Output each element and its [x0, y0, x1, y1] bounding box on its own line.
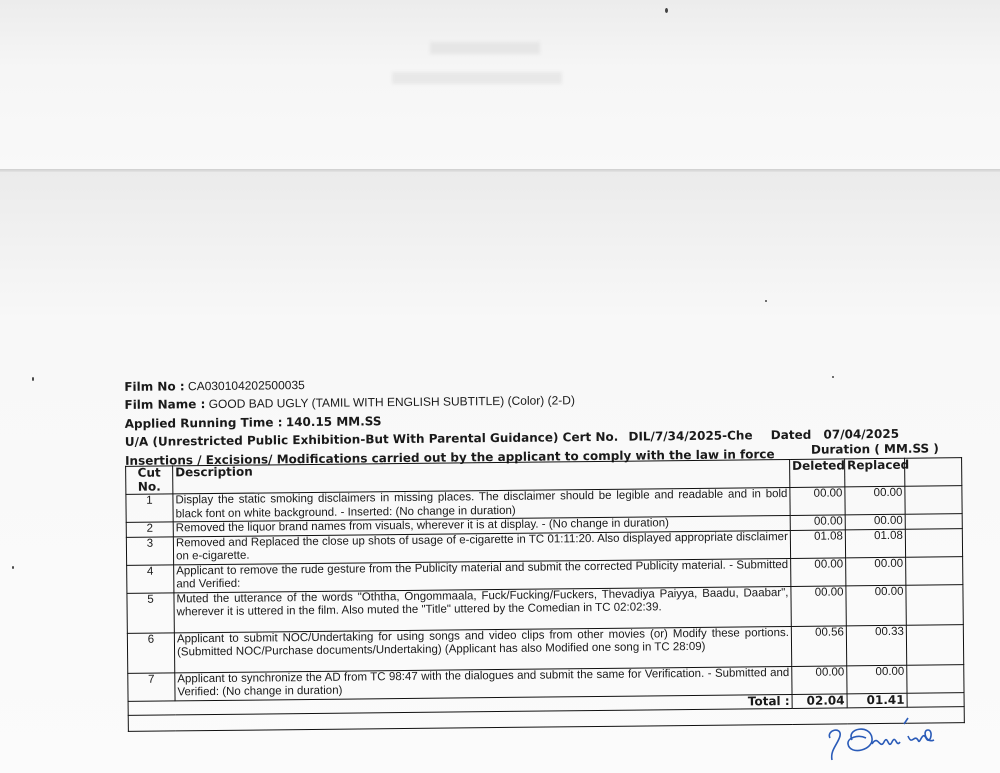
- cut-number: 1: [126, 494, 173, 522]
- cert-date-value: 07/04/2025: [823, 427, 899, 442]
- cut-number: 5: [127, 592, 174, 632]
- deleted-duration: 00.00: [792, 665, 847, 694]
- replaced-duration: 00.00: [846, 585, 906, 626]
- deleted-duration: 00.00: [791, 585, 846, 626]
- cut-number: 2: [126, 522, 173, 537]
- dated-label: Dated: [771, 428, 812, 442]
- film-name-value: GOOD BAD UGLY (TAMIL WITH ENGLISH SUBTIT…: [209, 393, 575, 411]
- col-deleted: Deleted: [790, 459, 845, 488]
- blank-cell: [905, 486, 962, 515]
- replaced-duration: 00.00: [846, 557, 906, 586]
- deleted-duration: 00.56: [791, 625, 846, 666]
- blank-cell: [906, 556, 963, 585]
- signature-icon: [822, 716, 952, 766]
- deleted-duration: 00.00: [790, 515, 845, 530]
- blank-cell: [907, 664, 964, 693]
- cuts-table: Cut No. Description Deleted Replaced 1Di…: [125, 457, 965, 732]
- deleted-duration: 00.00: [790, 487, 845, 516]
- col-cut-no: Cut No.: [126, 466, 173, 494]
- running-time-line: Applied Running Time : 140.15 MM.SS: [125, 414, 382, 431]
- cut-number: 7: [128, 672, 175, 700]
- col-blank: [905, 458, 962, 487]
- certificate-line: U/A (Unrestricted Public Exhibition-But …: [125, 427, 899, 449]
- replaced-duration: 00.00: [845, 486, 905, 515]
- cut-description: Applicant to submit NOC/Undertaking for …: [174, 626, 791, 672]
- running-time-value: 140.15 MM.SS: [286, 414, 382, 429]
- deleted-duration: 00.00: [791, 557, 846, 586]
- running-time-label: Applied Running Time :: [125, 415, 283, 431]
- film-no-line: Film No : CA030104202500035: [124, 378, 305, 394]
- cert-no-label: Cert No.: [563, 430, 619, 445]
- replaced-duration: 00.00: [847, 665, 907, 694]
- deleted-duration: 01.08: [790, 529, 845, 558]
- duration-heading: Duration ( MM.SS ): [811, 441, 939, 456]
- cut-number: 4: [127, 564, 174, 592]
- replaced-duration: 01.08: [845, 529, 905, 558]
- certificate-category: U/A (Unrestricted Public Exhibition-But …: [125, 430, 559, 449]
- film-no-label: Film No :: [124, 379, 185, 394]
- replaced-duration: 00.00: [845, 514, 905, 529]
- blank-cell: [905, 528, 962, 557]
- cut-number: 6: [127, 632, 174, 672]
- blank-cell: [906, 624, 963, 665]
- cert-no-value: DIL/7/34/2025-Che: [628, 428, 752, 443]
- col-replaced: Replaced: [845, 458, 905, 487]
- film-name-label: Film Name :: [124, 397, 205, 412]
- cut-description: Muted the utterance of the words "Oththa…: [174, 586, 791, 632]
- total-deleted: 02.04: [792, 693, 847, 708]
- replaced-duration: 00.33: [846, 625, 906, 666]
- blank-cell: [906, 584, 963, 625]
- cut-number: 3: [126, 536, 173, 564]
- film-name-line: Film Name : GOOD BAD UGLY (TAMIL WITH EN…: [124, 393, 575, 412]
- certificate-excerpt: Film No : CA030104202500035 Film Name : …: [0, 0, 1000, 773]
- total-blank: [907, 692, 964, 707]
- total-replaced: 01.41: [847, 693, 907, 708]
- blank-cell: [905, 514, 962, 529]
- film-no-value: CA030104202500035: [188, 378, 305, 393]
